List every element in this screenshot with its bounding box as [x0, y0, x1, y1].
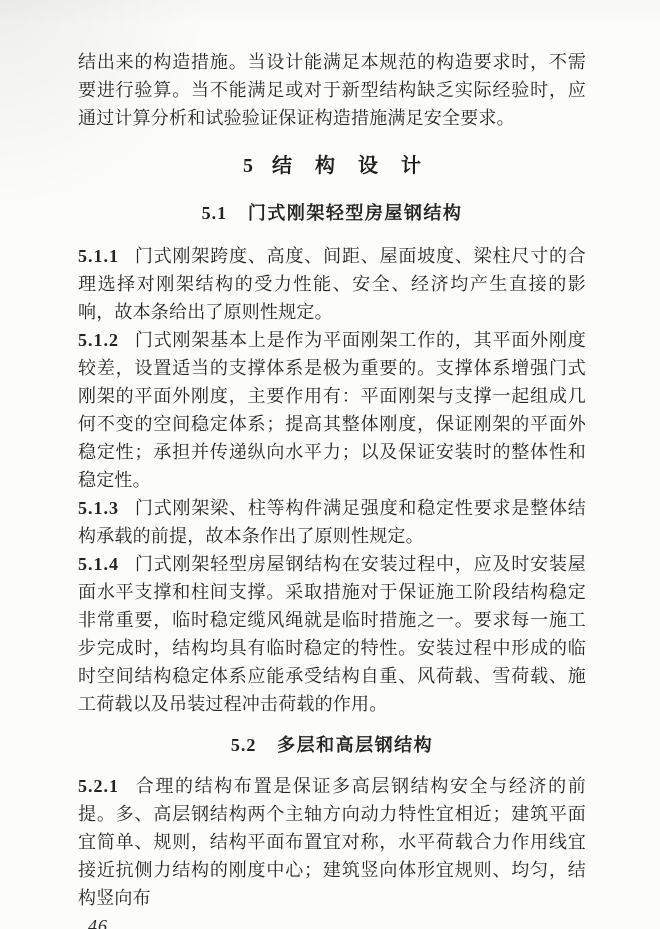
clause-number: 5.1.4 [78, 554, 119, 574]
clause-number: 5.1.3 [78, 498, 119, 518]
clause-number: 5.2.1 [78, 776, 119, 796]
clause-5-1-4: 5.1.4门式刚架轻型房屋钢结构在安装过程中，应及时安装屋面水平支撑和柱间支撑。… [78, 550, 586, 718]
chapter-title: 结 构 设 计 [272, 155, 430, 177]
section-title: 多层和高层钢结构 [277, 735, 433, 755]
page-number: 46 [88, 916, 586, 929]
document-page: 结出来的构造措施。当设计能满足本规范的构造要求时，不需要进行验算。当不能满足或对… [0, 0, 660, 929]
clause-number: 5.1.2 [78, 330, 119, 350]
section-number: 5.1 [202, 203, 228, 223]
clause-text: 门式刚架梁、柱等构件满足强度和稳定性要求是整体结构承载的前提，故本条作出了原则性… [78, 498, 586, 546]
section-heading-5-1: 5.1 门式刚架轻型房屋钢结构 [78, 200, 586, 226]
clause-text: 门式刚架跨度、高度、间距、屋面坡度、梁柱尺寸的合理选择对刚架结构的受力性能、安全… [78, 246, 586, 322]
chapter-number: 5 [243, 155, 253, 177]
clause-5-1-3: 5.1.3门式刚架梁、柱等构件满足强度和稳定性要求是整体结构承载的前提，故本条作… [78, 494, 586, 550]
chapter-heading: 5 结 构 设 计 [78, 152, 586, 180]
clause-5-1-2: 5.1.2门式刚架基本上是作为平面刚架工作的，其平面外刚度较差，设置适当的支撑体… [78, 326, 586, 494]
clause-text: 合理的结构布置是保证多高层钢结构安全与经济的前提。多、高层钢结构两个主轴方向动力… [78, 776, 586, 908]
section-number: 5.2 [231, 735, 257, 755]
clause-number: 5.1.1 [78, 246, 119, 266]
clause-text: 门式刚架轻型房屋钢结构在安装过程中，应及时安装屋面水平支撑和柱间支撑。采取措施对… [78, 554, 586, 714]
section-heading-5-2: 5.2 多层和高层钢结构 [78, 732, 586, 758]
intro-paragraph: 结出来的构造措施。当设计能满足本规范的构造要求时，不需要进行验算。当不能满足或对… [78, 48, 586, 132]
section-title: 门式刚架轻型房屋钢结构 [248, 203, 463, 223]
clause-5-2-1: 5.2.1合理的结构布置是保证多高层钢结构安全与经济的前提。多、高层钢结构两个主… [78, 772, 586, 912]
clause-5-1-1: 5.1.1门式刚架跨度、高度、间距、屋面坡度、梁柱尺寸的合理选择对刚架结构的受力… [78, 242, 586, 326]
clause-text: 门式刚架基本上是作为平面刚架工作的，其平面外刚度较差，设置适当的支撑体系是极为重… [78, 330, 586, 490]
